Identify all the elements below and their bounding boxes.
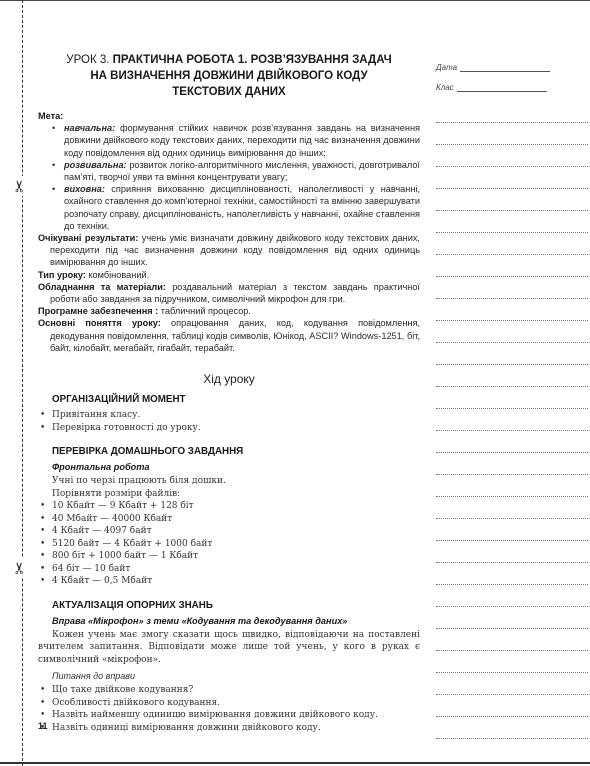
homework-line: Учні по черзі працюють біля дошки. <box>38 475 420 488</box>
title-line-2: НА ВИЗНАЧЕННЯ ДОВЖИНИ ДВІЙКОВОГО КОДУ <box>90 70 367 82</box>
compare-list: 10 Кбайт — 9 Кбайт + 128 біт 40 Мбайт — … <box>38 500 420 588</box>
note-line <box>436 519 588 541</box>
note-line <box>436 431 588 453</box>
list-item: Перевірка готовності до уроку. <box>38 422 420 435</box>
note-line <box>436 585 588 607</box>
scissors-icon: ✂ <box>10 176 30 196</box>
note-line <box>436 475 588 497</box>
title-line-1: ПРАКТИЧНА РОБОТА 1. РОЗВ’ЯЗУВАННЯ ЗАДАЧ <box>113 54 392 66</box>
note-line <box>436 299 588 321</box>
note-line <box>436 541 588 563</box>
goal-item: розвивальна: розвиток логіко-алгоритмічн… <box>50 159 420 183</box>
notes-lines <box>436 101 588 739</box>
note-line <box>436 255 588 277</box>
cut-line <box>22 0 23 766</box>
page-number: 11 <box>38 721 48 731</box>
list-item: Особливості двійкового кодування. <box>38 697 420 710</box>
list-item: 5120 байт — 4 Кбайт + 1000 байт <box>38 538 420 551</box>
note-line <box>436 277 588 299</box>
note-line <box>436 233 588 255</box>
goal-item: виховна: сприяння вихованню дисциплінова… <box>50 183 420 232</box>
software: Програмне забезпечення : табличний проце… <box>38 305 420 317</box>
list-item: 4 Кбайт — 0,5 Мбайт <box>38 575 420 588</box>
note-line <box>436 607 588 629</box>
note-line <box>436 629 588 651</box>
org-list: Привітання класу. Перевірка готовності д… <box>38 409 420 434</box>
equipment: Обладнання та матеріали: роздавальний ма… <box>38 281 420 305</box>
list-item: Привітання класу. <box>38 409 420 422</box>
homework-line: Порівняти розміри файлів: <box>38 488 420 501</box>
note-line <box>436 123 588 145</box>
note-line <box>436 695 588 717</box>
list-item: 40 Мбайт — 40000 Кбайт <box>38 513 420 526</box>
homework-subheading: Фронтальна робота <box>52 462 420 472</box>
notes-header: Дата Клас <box>436 56 586 96</box>
expected-results: Очікувані результати: учень уміє визнача… <box>38 232 420 269</box>
bottom-border <box>0 762 590 764</box>
list-item: Що таке двійкове кодування? <box>38 684 420 697</box>
note-line <box>436 409 588 431</box>
note-line <box>436 145 588 167</box>
exercise-title: Вправа «Мікрофон» з теми «Кодування та д… <box>52 616 420 626</box>
homework-heading: ПЕРЕВІРКА ДОМАШНЬОГО ЗАВДАННЯ <box>52 446 420 457</box>
page-title: УРОК 3. ПРАКТИЧНА РОБОТА 1. РОЗВ’ЯЗУВАНН… <box>38 52 420 100</box>
list-item: 4 Кбайт — 4097 байт <box>38 525 420 538</box>
date-blank <box>460 61 550 72</box>
class-label: Клас <box>436 83 454 92</box>
list-item: 800 біт + 1000 байт — 1 Кбайт <box>38 550 420 563</box>
note-line <box>436 101 588 123</box>
note-line <box>436 343 588 365</box>
note-line <box>436 387 588 409</box>
list-item: 10 Кбайт — 9 Кбайт + 128 біт <box>38 500 420 513</box>
lesson-content: УРОК 3. ПРАКТИЧНА РОБОТА 1. РОЗВ’ЯЗУВАНН… <box>38 52 420 734</box>
title-line-3: ТЕКСТОВИХ ДАНИХ <box>172 86 285 98</box>
lesson-meta: Мета: навчальна: формування стійких нави… <box>38 110 420 354</box>
key-concepts: Основні поняття уроку: опрацювання даних… <box>38 317 420 354</box>
note-line <box>436 563 588 585</box>
note-line <box>436 189 588 211</box>
date-label: Дата <box>436 63 457 72</box>
questions-list: Що таке двійкове кодування? Особливості … <box>38 684 420 734</box>
note-line <box>436 211 588 233</box>
exercise-paragraph: Кожен учень має змогу сказати щось швидк… <box>38 629 420 667</box>
note-line <box>436 321 588 343</box>
class-blank <box>457 81 547 92</box>
note-line <box>436 497 588 519</box>
note-line <box>436 453 588 475</box>
note-line <box>436 167 588 189</box>
lesson-number: УРОК 3. <box>66 54 109 66</box>
org-heading: ОРГАНІЗАЦІЙНИЙ МОМЕНТ <box>52 394 420 405</box>
goal-item: навчальна: формування стійких навичок ро… <box>50 122 420 159</box>
note-line <box>436 365 588 387</box>
scissors-icon: ✂ <box>10 558 30 578</box>
update-heading: АКТУАЛІЗАЦІЯ ОПОРНИХ ЗНАНЬ <box>52 600 420 611</box>
goals-label: Мета: <box>38 111 63 121</box>
note-line <box>436 673 588 695</box>
note-line <box>436 717 588 739</box>
goals-list: навчальна: формування стійких навичок ро… <box>38 122 420 232</box>
list-item: 64 біт — 10 байт <box>38 563 420 576</box>
top-border <box>0 0 590 1</box>
list-item: Назвіть найменшу одиницю вимірювання дов… <box>38 709 420 722</box>
date-field: Дата <box>436 56 586 72</box>
lesson-type: Тип уроку: комбінований. <box>38 269 420 281</box>
class-field: Клас <box>436 76 586 92</box>
list-item: Назвіть одиниці вимірювання довжини двій… <box>38 722 420 735</box>
note-line <box>436 651 588 673</box>
course-title: Хід уроку <box>38 372 420 386</box>
questions-label: Питання до вправи <box>52 671 420 681</box>
